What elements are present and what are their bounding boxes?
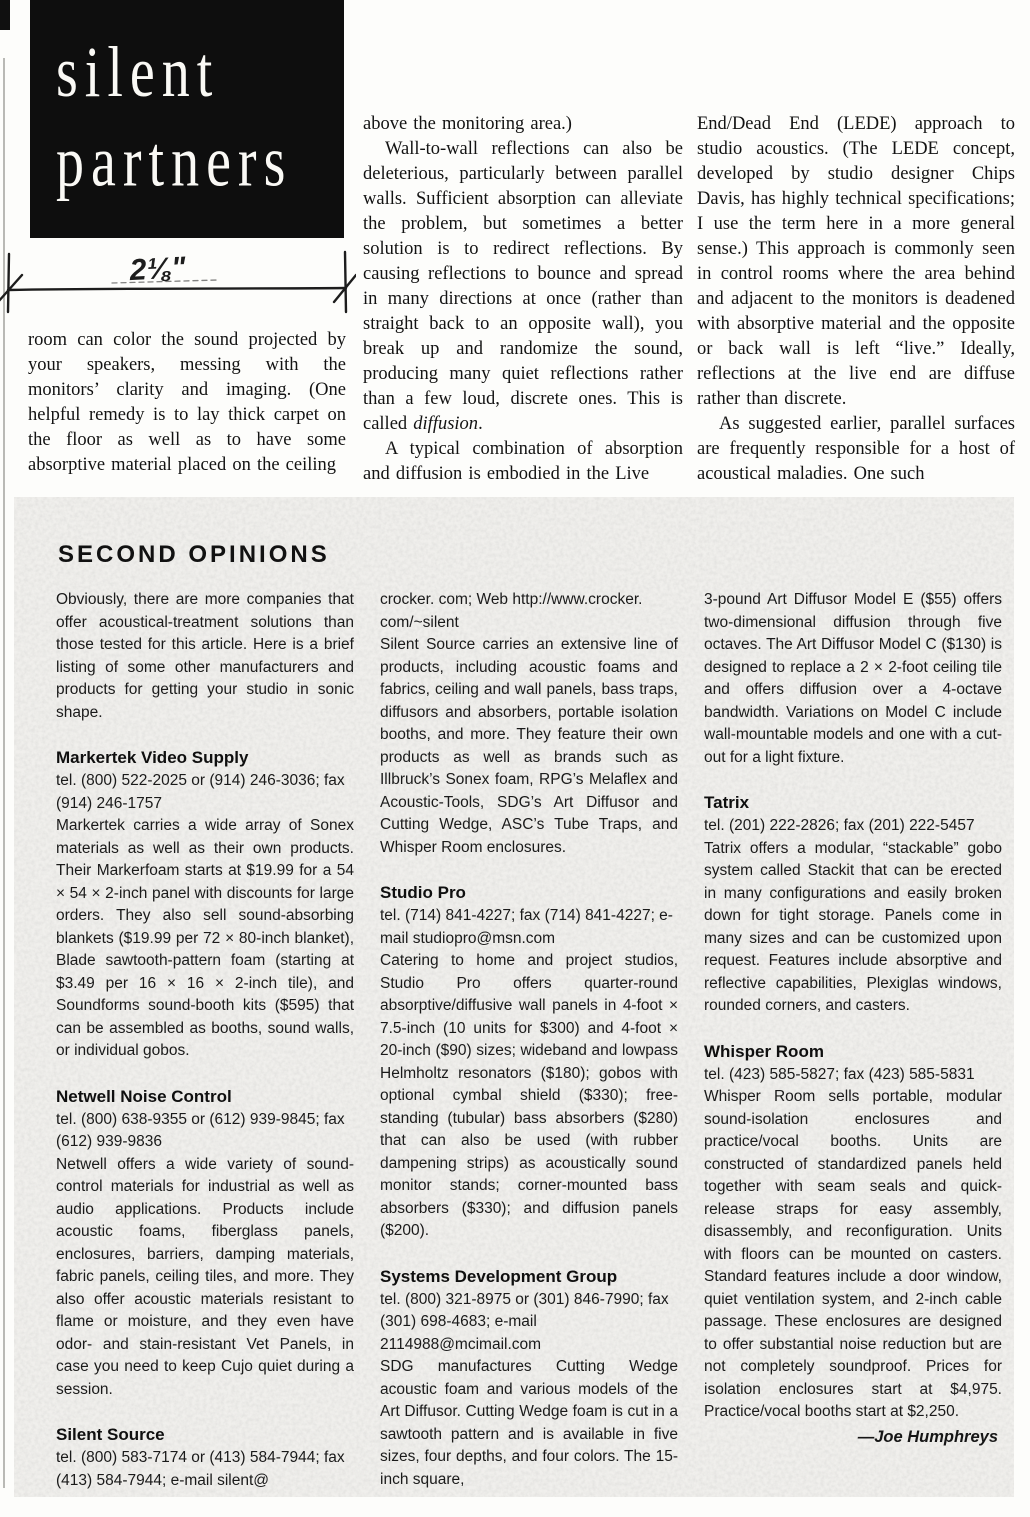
vendor-description: Silent Source carries an extensive line …	[380, 634, 678, 859]
vendor-heading: Whisper Room	[704, 1040, 1002, 1064]
vendor-silent-source-continued: crocker. com; Web http://www.crocker. co…	[380, 589, 678, 859]
dimension-extension-left	[8, 254, 9, 312]
article-column-1: room can color the sound projected by yo…	[28, 328, 346, 478]
vendor-contact: tel. (800) 321-8975 or (301) 846-7990; f…	[380, 1289, 678, 1357]
paragraph-text: Wall-to-wall reflections can also be del…	[363, 139, 683, 434]
vendor-whisper-room: Whisper Roomtel. (423) 585-5827; fax (42…	[704, 1040, 1002, 1424]
vendor-heading: Netwell Noise Control	[56, 1085, 354, 1109]
article-paragraph: A typical combination of absorption and …	[363, 437, 683, 487]
article-paragraph: above the monitoring area.)	[363, 112, 683, 137]
vendor-systems-development-group: Systems Development Grouptel. (800) 321-…	[380, 1265, 678, 1492]
second-opinions-sidebar: SECOND OPINIONS Obviously, there are mor…	[14, 497, 1014, 1497]
article-column-2: above the monitoring area.) Wall-to-wall…	[363, 112, 683, 487]
author-byline: —Joe Humphreys	[704, 1428, 1002, 1447]
dimension-line	[8, 288, 346, 290]
measurement-annotation: 2⅛"	[0, 244, 356, 322]
vendor-contact: crocker. com; Web http://www.crocker. co…	[380, 589, 678, 634]
article-paragraph: End/Dead End (LEDE) approach to studio a…	[697, 112, 1015, 412]
article-paragraph: As suggested earlier, parallel surfaces …	[697, 412, 1015, 487]
sidebar-column-1: Obviously, there are more companies that…	[56, 589, 354, 1492]
dimension-tick-left	[0, 275, 22, 302]
scan-artifact-corner	[0, 0, 10, 30]
vendor-netwell: Netwell Noise Controltel. (800) 638-9355…	[56, 1085, 354, 1402]
sidebar-column-3: 3-pound Art Diffusor Model E ($55) offer…	[704, 589, 1002, 1492]
vendor-heading: Silent Source	[56, 1423, 354, 1447]
vendor-description: 3-pound Art Diffusor Model E ($55) offer…	[704, 589, 1002, 769]
vendor-tatrix: Tatrixtel. (201) 222-2826; fax (201) 222…	[704, 791, 1002, 1018]
sidebar-title: SECOND OPINIONS	[58, 541, 1002, 569]
dimension-extension-right	[345, 252, 346, 312]
vendor-description: Netwell offers a wide variety of sound-c…	[56, 1154, 354, 1402]
vendor-markertek: Markertek Video Supplytel. (800) 522-202…	[56, 746, 354, 1063]
vendor-description: Tatrix offers a modular, “stackable” gob…	[704, 838, 1002, 1018]
sidebar-columns: Obviously, there are more companies that…	[56, 589, 1002, 1492]
sidebar-content: SECOND OPINIONS Obviously, there are mor…	[14, 497, 1014, 1492]
vendor-contact: tel. (800) 638-9355 or (612) 939-9845; f…	[56, 1109, 354, 1154]
vendor-description: Catering to home and project studios, St…	[380, 950, 678, 1243]
article-paragraph: room can color the sound projected by yo…	[28, 328, 346, 478]
italic-term-diffusion: diffusion	[413, 414, 478, 434]
vendor-heading: Tatrix	[704, 791, 1002, 815]
vendor-contact: tel. (800) 583-7174 or (413) 584-7944; f…	[56, 1447, 354, 1492]
vendor-description: Markertek carries a wide array of Sonex …	[56, 815, 354, 1063]
vendor-studio-pro: Studio Protel. (714) 841-4227; fax (714)…	[380, 881, 678, 1243]
vendor-heading: Systems Development Group	[380, 1265, 678, 1289]
vendor-description: SDG manufactures Cutting Wedge acoustic …	[380, 1356, 678, 1491]
vendor-heading: Markertek Video Supply	[56, 746, 354, 770]
logo-word-silent: silent	[56, 28, 344, 118]
paragraph-text: .	[478, 414, 483, 434]
article-column-3: End/Dead End (LEDE) approach to studio a…	[697, 112, 1015, 487]
vendor-contact: tel. (714) 841-4227; fax (714) 841-4227;…	[380, 905, 678, 950]
vendor-description: Whisper Room sells portable, modular sou…	[704, 1086, 1002, 1424]
sidebar-column-2: crocker. com; Web http://www.crocker. co…	[380, 589, 678, 1492]
vendor-sdg-continued: 3-pound Art Diffusor Model E ($55) offer…	[704, 589, 1002, 769]
logo-silent-partners: silent partners	[30, 0, 344, 238]
logo-text: silent partners	[30, 0, 344, 207]
vendor-contact: tel. (800) 522-2025 or (914) 246-3036; f…	[56, 770, 354, 815]
measurement-label: 2⅛"	[128, 251, 187, 287]
sidebar-intro: Obviously, there are more companies that…	[56, 589, 354, 724]
logo-word-partners: partners	[56, 118, 344, 208]
vendor-contact: tel. (423) 585-5827; fax (423) 585-5831	[704, 1064, 1002, 1087]
vendor-silent-source: Silent Sourcetel. (800) 583-7174 or (413…	[56, 1423, 354, 1492]
vendor-contact: tel. (201) 222-2826; fax (201) 222-5457	[704, 815, 1002, 838]
vendor-heading: Studio Pro	[380, 881, 678, 905]
article-paragraph: Wall-to-wall reflections can also be del…	[363, 137, 683, 437]
